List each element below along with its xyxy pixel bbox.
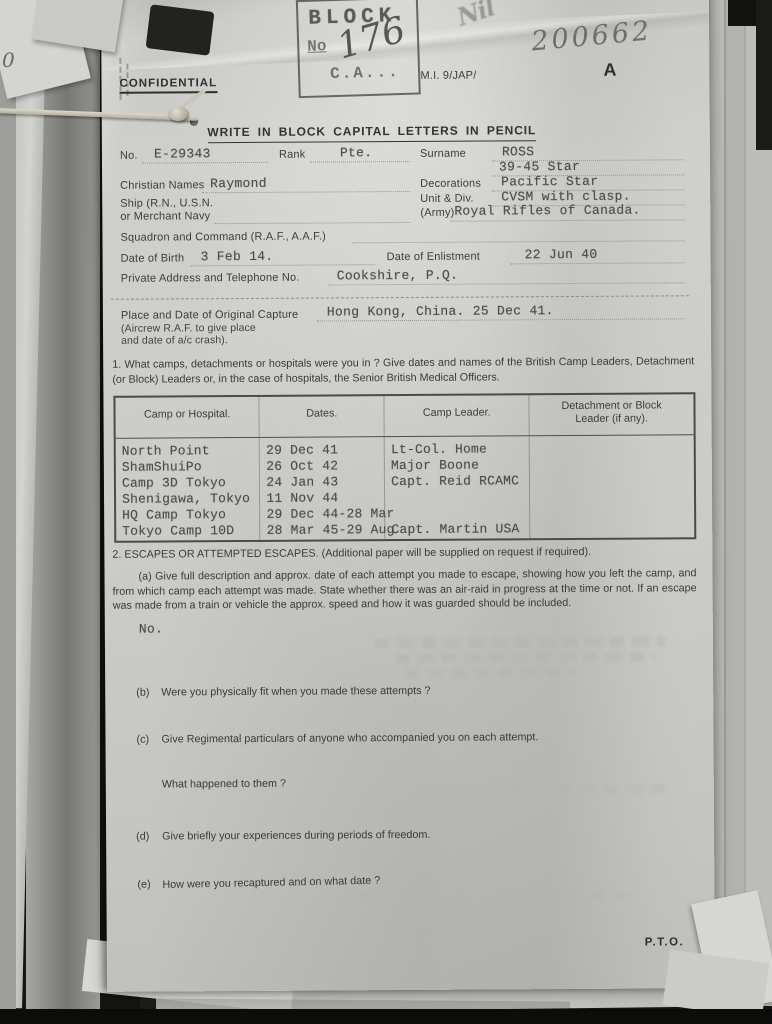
leader-cell (391, 489, 529, 506)
dates-cell: 29 Dec 41 (266, 442, 384, 459)
address-label: Private Address and Telephone No. (121, 272, 300, 285)
question-2d-text: Give briefly your experiences during per… (162, 828, 430, 844)
answer-no: No. (139, 621, 163, 636)
question-2b-text: Were you physically fit when you made th… (161, 684, 430, 700)
leader-cell: Major Boone (391, 457, 529, 474)
squadron-label: Squadron and Command (R.A.F., A.A.F.) (120, 230, 326, 243)
ink-bleedthrough (356, 891, 636, 902)
detachment-cell (536, 440, 694, 457)
question-2d-label: (d) (136, 830, 149, 845)
dob-line (191, 264, 375, 266)
camps-table-body: North Point ShamShuiPo Camp 3D Tokyo She… (116, 435, 695, 541)
detachment-cell (536, 504, 694, 521)
ship-line (214, 222, 410, 224)
unit-line (450, 219, 684, 221)
surname-value: ROSS (502, 144, 534, 159)
enlistment-label: Date of Enlistment (387, 251, 481, 264)
decorations-label: Decorations (420, 178, 481, 190)
ink-bleedthrough (375, 636, 665, 648)
dates-column: 29 Dec 41 26 Oct 42 24 Jan 43 11 Nov 44 … (259, 437, 384, 540)
dates-cell: 26 Oct 42 (266, 458, 384, 475)
camp-cell: Shenigawa, Tokyo (122, 491, 259, 508)
section-divider-rule (111, 295, 689, 300)
block-number-stamp: BLOCK No 176 C.A... (296, 0, 421, 98)
leader-cell (391, 505, 529, 522)
dates-cell: 28 Mar 45-29 Aug (267, 522, 385, 539)
camp-cell: Camp 3D Tokyo (122, 475, 259, 492)
dob-value: 3 Feb 14. (201, 249, 274, 264)
ink-bleedthrough (395, 652, 655, 663)
question-2-heading: 2. ESCAPES OR ATTEMPTED ESCAPES. (Additi… (112, 544, 696, 562)
binding-string-knot (168, 106, 188, 121)
capture-note-2: and date of a/c crash). (121, 334, 228, 347)
detachment-column (529, 435, 694, 538)
leader-cell: Lt-Col. Home (391, 441, 529, 458)
christian-names-label: Christian Names (120, 179, 204, 192)
ship-label-2: or Merchant Navy (120, 210, 210, 223)
camp-cell: ShamShuiPo (122, 459, 259, 476)
stamp-no-label: No (307, 37, 327, 56)
series-letter: A (603, 60, 616, 81)
ink-bleedthrough (405, 668, 575, 678)
camps-table-header-row: Camp or Hospital. Dates. Camp Leader. De… (115, 394, 693, 439)
surname-label: Surname (420, 148, 466, 160)
unit-value: Royal Rifles of Canada. (454, 203, 640, 219)
form-reference: M.I. 9/JAP/ (420, 70, 476, 82)
leader-cell: Capt. Reid RCAMC (391, 473, 529, 490)
pencil-margin-mark: 0 (2, 48, 15, 72)
unit-label-2: (Army) (420, 207, 454, 219)
dob-label: Date of Birth (121, 252, 185, 264)
col-header-camp: Camp or Hospital. (115, 397, 259, 438)
enlistment-line (511, 262, 685, 264)
capture-label: Place and Date of Original Capture (121, 309, 298, 322)
paper-strip-far-left (0, 0, 16, 1024)
detachment-cell (536, 488, 694, 505)
dates-cell: 29 Dec 44-28 Mar (266, 506, 384, 523)
shadow-gap-top-center (146, 4, 215, 55)
leader-column: Lt-Col. Home Major Boone Capt. Reid RCAM… (384, 436, 530, 539)
question-2e-label: (e) (137, 877, 151, 892)
squadron-line (352, 240, 684, 243)
no-value: E-29343 (154, 146, 211, 161)
question-2b-label: (b) (136, 686, 149, 701)
question-2c-followup: What happened to them ? (162, 777, 286, 792)
camp-column: North Point ShamShuiPo Camp 3D Tokyo She… (116, 438, 260, 541)
background-right-sliver (756, 0, 772, 150)
question-1-text: 1. What camps, detachments or hospitals … (112, 354, 694, 387)
rank-value: Pte. (340, 145, 372, 160)
enlistment-value: 22 Jun 40 (525, 247, 598, 262)
photo-of-pow-questionnaire: { "classification": "CONFIDENTIAL", "hea… (0, 0, 772, 1024)
col-header-dates: Dates. (259, 396, 384, 437)
pto-marking: P.T.O. (645, 936, 685, 948)
detachment-cell (536, 520, 694, 537)
col-header-leader: Camp Leader. (384, 395, 529, 436)
ship-label-1: Ship (R.N., U.S.N. (120, 197, 213, 210)
stamp-initials: C.A... (330, 63, 400, 83)
rank-label: Rank (279, 149, 306, 161)
christian-names-value: Raymond (210, 176, 267, 191)
address-value: Cookshire, P.Q. (337, 268, 459, 284)
capture-value: Hong Kong, China. 25 Dec 41. (327, 303, 554, 319)
camp-cell: North Point (122, 443, 259, 460)
background-bottom (0, 1009, 772, 1024)
camp-cell: HQ Camp Tokyo (122, 507, 259, 524)
capture-note-1: (Aircrew R.A.F. to give place (121, 322, 256, 335)
pencil-scribble-nil: Nil (453, 0, 497, 32)
rank-line (310, 161, 410, 163)
ink-bleedthrough (416, 784, 666, 795)
leader-cell: Capt. Martin USA (391, 521, 529, 538)
dates-cell: 11 Nov 44 (266, 490, 384, 507)
question-2c-text: Give Regimental particulars of anyone wh… (161, 730, 538, 747)
camp-cell: Tokyo Camp 10D (122, 523, 259, 540)
camps-table: Camp or Hospital. Dates. Camp Leader. De… (113, 392, 696, 543)
form-title: WRITE IN BLOCK CAPITAL LETTERS IN PENCIL (207, 123, 536, 143)
decoration-2: Pacific Star (501, 174, 598, 190)
detachment-cell (536, 472, 694, 489)
form-page: CONFIDENTIAL BLOCK No 176 C.A... Nil 200… (101, 0, 715, 992)
question-2a-text: (a) Give full description and approx. da… (112, 566, 696, 613)
dates-cell: 24 Jan 43 (266, 474, 384, 491)
no-line (142, 162, 268, 164)
col-header-detachment: Detachment or Block Leader (if any). (529, 394, 694, 435)
christian-names-line (202, 191, 410, 193)
question-2c-label: (c) (136, 733, 149, 748)
form-title-row: WRITE IN BLOCK CAPITAL LETTERS IN PENCIL (102, 121, 642, 142)
detachment-cell (536, 456, 694, 473)
decoration-1: 39-45 Star (499, 159, 580, 174)
question-2e-text: How were you recaptured and on what date… (162, 874, 380, 893)
pencil-serial-number: 200662 (530, 15, 653, 57)
no-label: No. (120, 150, 138, 162)
